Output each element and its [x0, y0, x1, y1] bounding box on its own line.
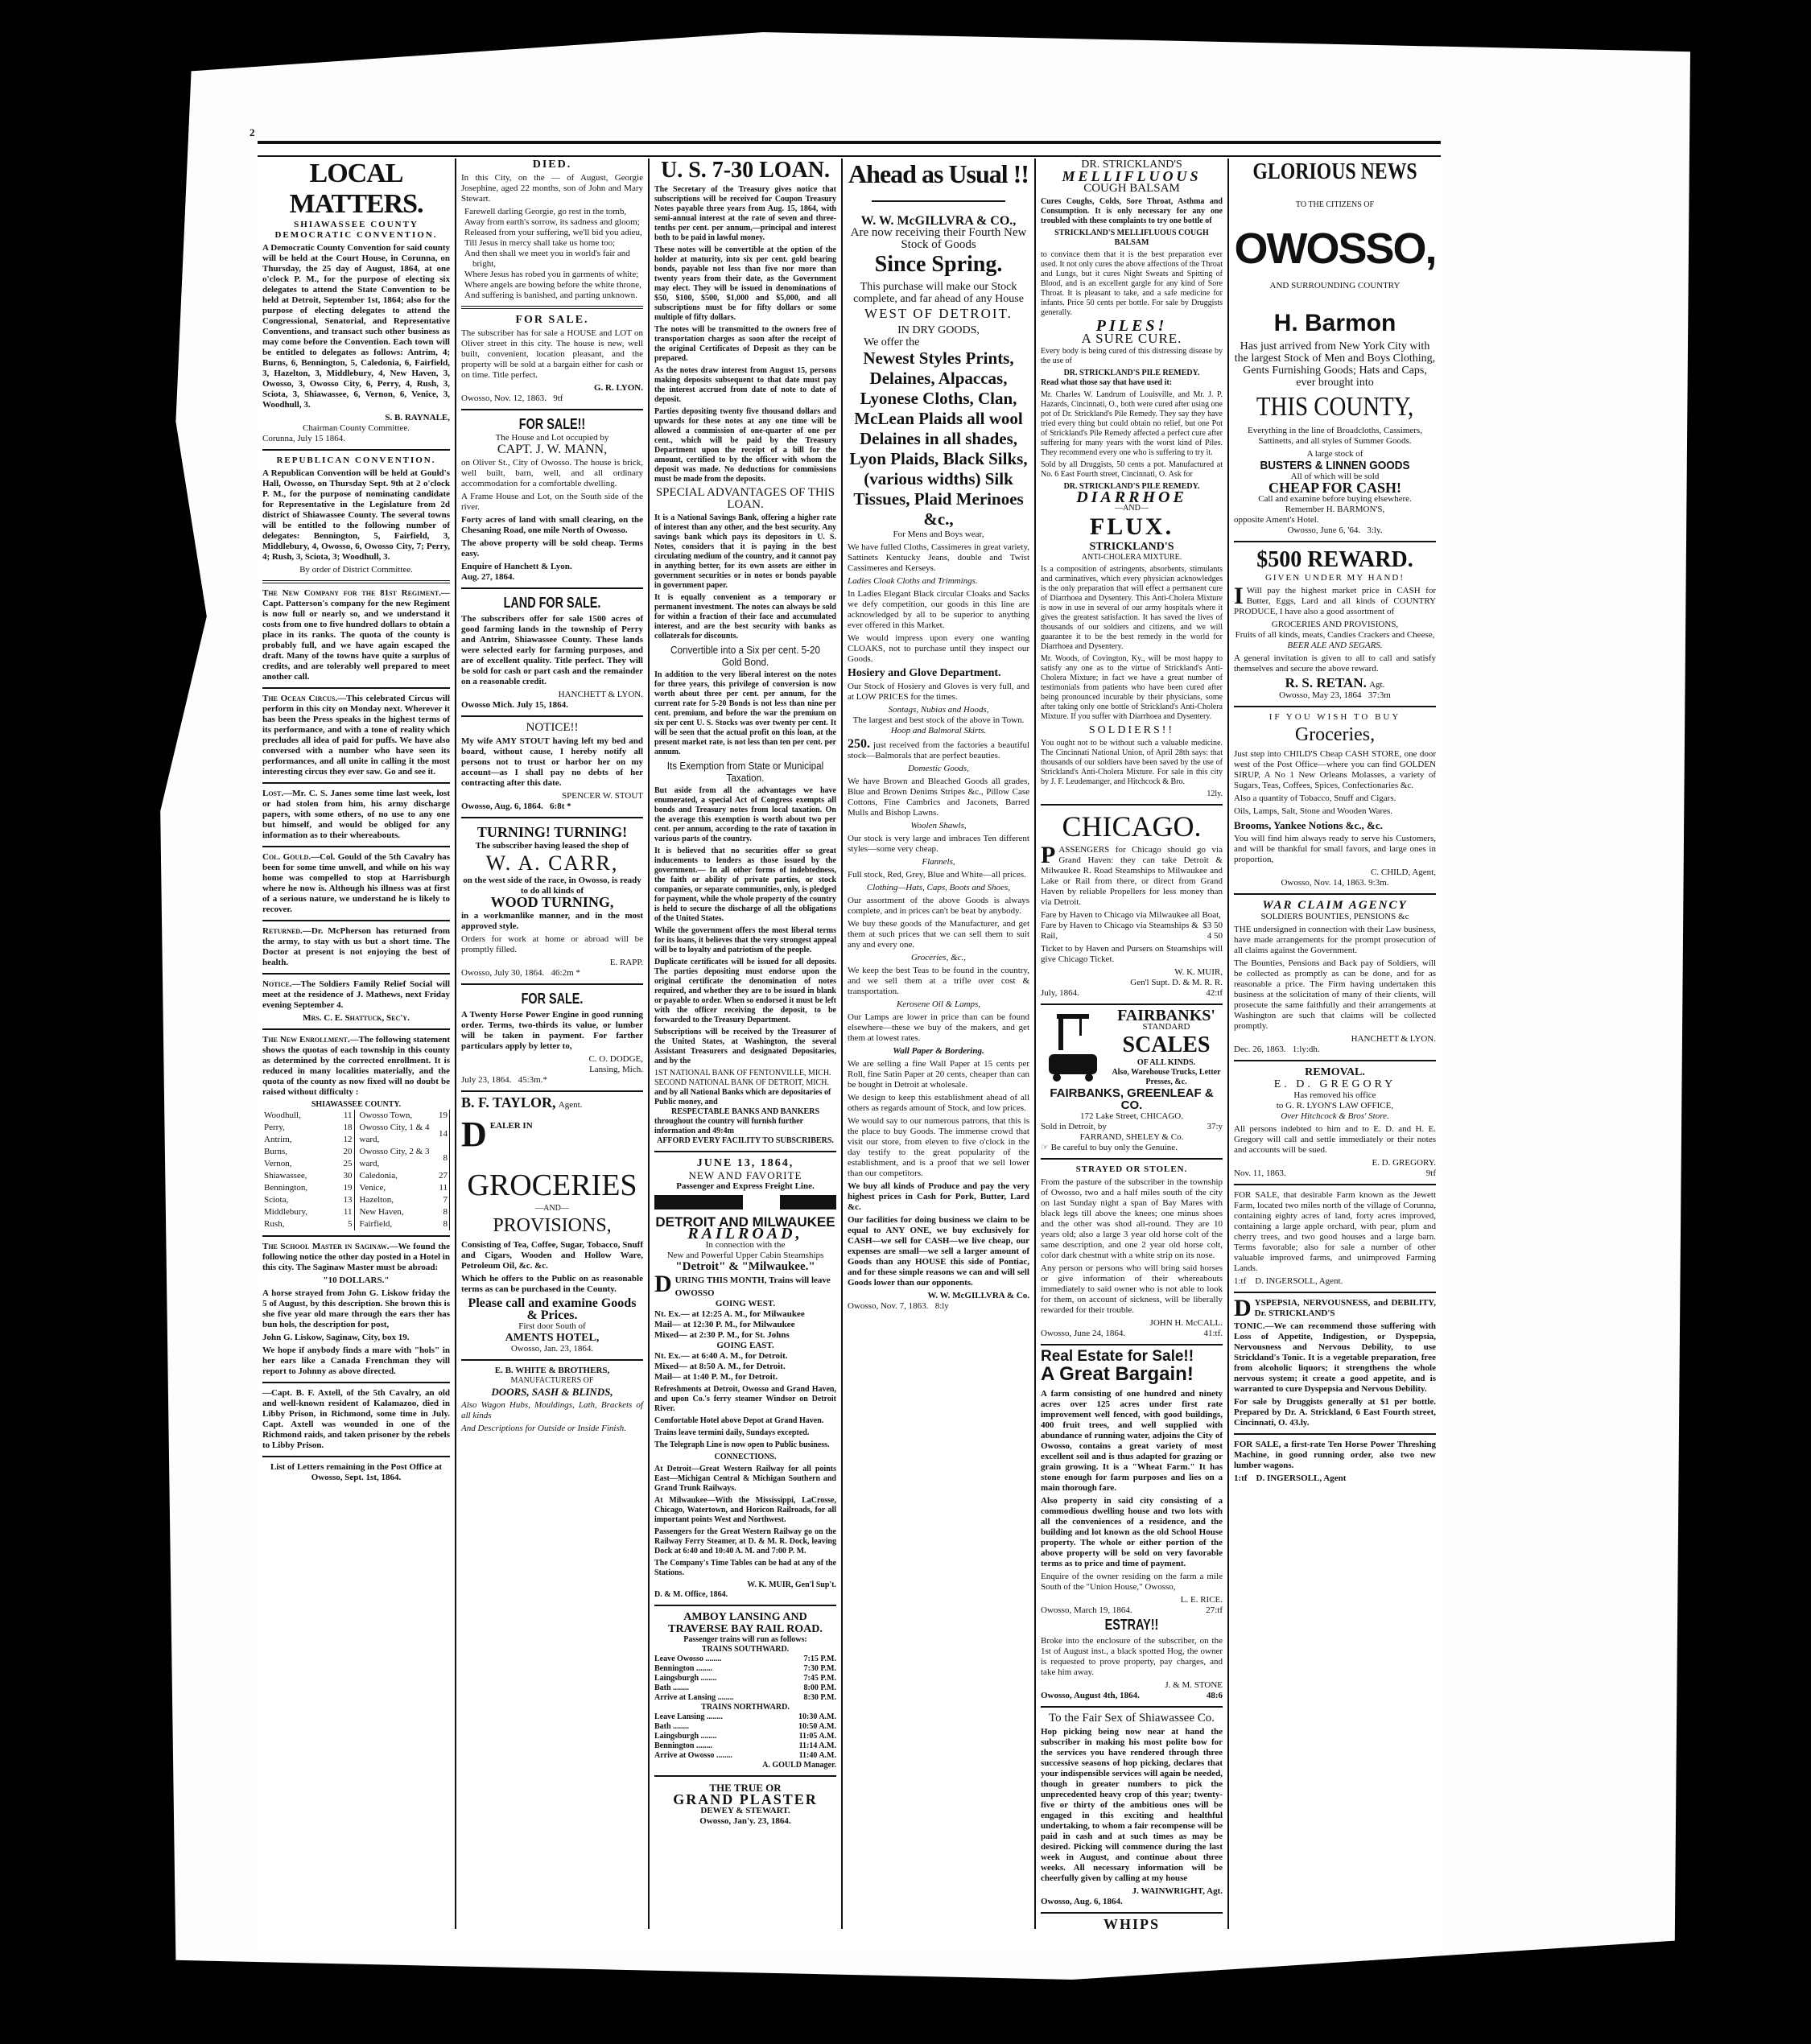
- land-signature: HANCHETT & LYON.: [461, 690, 643, 700]
- ad-code: 1:tf: [1234, 1473, 1248, 1483]
- pile-remedy-name: DR. STRICKLAND'S PILE REMEDY.: [1041, 369, 1223, 378]
- produce-text: We buy all kinds of Produce and pay the …: [848, 1181, 1029, 1213]
- ahead-as-usual-heading: Ahead as Usual !!: [848, 159, 1029, 189]
- trains-leave: Trains leave termini daily, Sundays exce…: [654, 1428, 836, 1438]
- groceries-heading: Groceries,: [1234, 723, 1436, 747]
- loan-paragraph: In addition to the very liberal interest…: [654, 670, 836, 757]
- amboy-north-table: Leave Lansing ........10:30 A.M.Bath ...…: [654, 1712, 836, 1761]
- ingersoll-signature: D. INGERSOLL, Agent: [1256, 1473, 1347, 1483]
- given-under-my-hand: GIVEN UNDER MY HAND!: [1234, 573, 1436, 583]
- for-sale-heading-2: FOR SALE!!: [480, 415, 625, 433]
- land-for-sale-heading: LAND FOR SALE.: [480, 594, 625, 612]
- quota-number: 11: [437, 1182, 450, 1194]
- gould-manager: A. GOULD Manager.: [654, 1761, 836, 1770]
- west-train-list: Nt. Ex.— at 12:25 A. M., for MilwaukeeMa…: [654, 1309, 836, 1341]
- quota-row: Middlebury,11: [262, 1206, 354, 1218]
- item-lead: Returned.: [262, 926, 303, 936]
- date: Dec. 26, 1863.: [1234, 1045, 1285, 1054]
- refreshments: Refreshments at Detroit, Owosso and Gran…: [654, 1385, 836, 1414]
- quota-number: 18: [335, 1122, 354, 1134]
- dealer-line: DEALER IN: [461, 1119, 643, 1131]
- divider: [262, 920, 450, 921]
- poem-line: Released from your suffering, we'll bid …: [461, 228, 643, 238]
- date: Owosso, Nov. 14, 1863.: [1281, 878, 1366, 888]
- real-estate-heading: Real Estate for Sale!!: [1041, 1350, 1223, 1362]
- ad-code: 49:4m: [712, 1127, 734, 1135]
- barmon-body: Has just arrived from New York City with…: [1234, 340, 1436, 389]
- flannels-body: Full stock, Red, Grey, Blue and White—al…: [848, 870, 1029, 880]
- strayed-body-2: Any person or persons who will bring sai…: [1041, 1263, 1223, 1316]
- taylor-role: Agent.: [559, 1100, 583, 1110]
- engine-for-sale-heading: FOR SALE.: [480, 990, 625, 1008]
- carr-name: W. A. CARR,: [461, 851, 643, 876]
- divider: [262, 782, 450, 784]
- quota-town: Perry,: [262, 1122, 335, 1134]
- column-mcgillvra-ad: Ahead as Usual !! W. W. McGILLVRA & CO.,…: [841, 159, 1034, 1929]
- quota-town: Owosso City, 2 & 3 ward,: [358, 1146, 438, 1170]
- poem-line: Farewell darling Georgie, go rest in the…: [461, 207, 643, 217]
- fare-label: Fare by Haven to Chicago via Milwaukee a…: [1041, 910, 1221, 920]
- hotel-date: Owosso, Jan. 23, 1864.: [461, 1344, 643, 1354]
- date: Owosso, July 30, 1864.: [461, 968, 544, 978]
- mcgillvra-firm: W. W. McGILLVRA & CO.,: [848, 215, 1029, 227]
- quota-town: Bennington,: [262, 1182, 335, 1194]
- going-east-heading: GOING EAST.: [654, 1341, 836, 1351]
- item-school-master: The School Master in Saginaw.—We found t…: [262, 1242, 450, 1273]
- notice-signature: SPENCER W. STOUT: [461, 791, 643, 802]
- dyspepsia-head-line: DYSPEPSIA, NERVOUSNESS, and DEBILITY, Dr…: [1234, 1298, 1436, 1319]
- quota-town: Caledonia,: [358, 1170, 438, 1182]
- everything-text: Everything in the line of Broadcloths, C…: [1234, 426, 1436, 447]
- ament-hotel: AMENTS HOTEL,: [461, 1332, 643, 1344]
- ad-code: 1:tf: [1234, 1276, 1246, 1286]
- shawls-body: Our stock is very large and imbraces Ten…: [848, 834, 1029, 855]
- fair-sex-heading: To the Fair Sex of Shiawassee Co.: [1041, 1712, 1223, 1725]
- hoop-body-line: 250. just received from the factories a …: [848, 739, 1029, 761]
- mens-body: We have fulled Cloths, Cassimeres in gre…: [848, 542, 1029, 574]
- column-loan-railroad: U. S. 7-30 LOAN. The Secretary of the Tr…: [648, 159, 841, 1929]
- strayed-heading: STRAYED OR STOLEN.: [1041, 1164, 1223, 1175]
- station: Laingsburgh ........: [654, 1732, 717, 1741]
- date: July 23, 1864.: [461, 1075, 511, 1085]
- white-desc: And Descriptions for Outside or Inside F…: [461, 1424, 643, 1434]
- for-sale-signature: G. R. LYON.: [461, 383, 643, 394]
- east-train-list: Nt. Ex.— at 6:40 A. M., for Detroit.Mixe…: [654, 1351, 836, 1383]
- divider: [1234, 1292, 1436, 1293]
- item-lead: The New Company for the 81st Regiment.: [262, 588, 441, 598]
- jewett-farm-sig: 1:tf D. INGERSOLL, Agent.: [1234, 1276, 1436, 1287]
- item-lead: Col. Gould.: [262, 852, 311, 862]
- quota-number: 20: [335, 1146, 354, 1158]
- sontags-heading: Sontags, Nubias and Hoods,: [848, 705, 1029, 715]
- timetable-row: Bath ........10:50 A.M.: [654, 1722, 836, 1732]
- drop-cap: P: [1041, 845, 1055, 866]
- column-owosso-ads: GLORIOUS NEWS TO THE CITIZENS OF OWOSSO,…: [1227, 159, 1441, 1929]
- amboy-heading: AMBOY LANSING AND TRAVERSE BAY RAIL ROAD…: [654, 1611, 836, 1635]
- quota-table-title: SHIAWASSEE COUNTY.: [262, 1100, 450, 1110]
- mann-date: Aug. 27, 1864.: [461, 572, 643, 583]
- item-new-company: The New Company for the 81st Regiment.—C…: [262, 588, 450, 682]
- cloaks-body: We would impress upon every one wanting …: [848, 633, 1029, 665]
- wood-turning-heading: WOOD TURNING,: [461, 896, 643, 909]
- quota-row: Fairfield,8: [358, 1218, 450, 1230]
- fruits-text: Fruits of all kinds, meats, Candies Crac…: [1234, 630, 1436, 641]
- muir-office: D. & M. Office, 1864.: [654, 1590, 836, 1600]
- divider: [262, 973, 450, 975]
- poem-line: Away from earth's sorrow, its sadness an…: [461, 217, 643, 228]
- first-door: First door South of: [461, 1321, 643, 1332]
- died-body: In this City, on the — of August, Georgi…: [461, 173, 643, 204]
- this-county-heading: THIS COUNTY,: [1249, 391, 1421, 423]
- quota-number: 19: [437, 1110, 450, 1122]
- chicago-dateline: July, 1864. 42:tf: [1041, 988, 1223, 999]
- divider: [262, 1028, 450, 1030]
- retan-role: Agt.: [1369, 680, 1384, 690]
- threshing-sig: 1:tf D. INGERSOLL, Agent: [1234, 1473, 1436, 1484]
- train-entry: Nt. Ex.— at 12:25 A. M., for Milwaukee: [654, 1309, 836, 1320]
- quota-town: Fairfield,: [358, 1218, 438, 1230]
- ladies-body: In Ladies Elegant Black circular Cloaks …: [848, 589, 1029, 631]
- ad-code: 42:tf: [1206, 988, 1223, 999]
- drop-cap: D: [461, 1119, 487, 1151]
- bank-detroit: SECOND NATIONAL BANK OF DETROIT, MICH.: [654, 1078, 836, 1088]
- quota-town: Shiawassee,: [262, 1170, 335, 1182]
- quota-row: Vernon,25: [262, 1158, 354, 1170]
- quota-number: 5: [335, 1218, 354, 1230]
- item-body: —Capt. Patterson's company for the new R…: [262, 588, 450, 682]
- fare-2: Fare by Haven to Chicago via Steamships …: [1041, 921, 1223, 942]
- quota-number: 12: [335, 1134, 354, 1146]
- war-dateline: Dec. 26, 1863. 1:ly:dh.: [1234, 1045, 1436, 1055]
- quota-row: Owosso Town,19: [358, 1110, 450, 1122]
- loan-paragraph: These notes will be convertible at the o…: [654, 245, 836, 323]
- removal-dateline: Nov. 11, 1863. 9tf: [1234, 1168, 1436, 1179]
- purchase-text: This purchase will make our Stock comple…: [848, 281, 1029, 305]
- quota-row: Rush,5: [262, 1218, 354, 1230]
- divider: [461, 817, 643, 818]
- quota-number: 11: [335, 1110, 354, 1122]
- groceries-heading: Groceries, &c.,: [848, 953, 1029, 963]
- wall-paper-body: We are selling a fine Wall Paper at 15 c…: [848, 1059, 1029, 1090]
- strayed-body: From the pasture of the subscriber in th…: [1041, 1177, 1223, 1261]
- quota-row: Sciota,13: [262, 1194, 354, 1206]
- cough-body-2: to convince them that it is the best pre…: [1041, 250, 1223, 318]
- item-lead: Lost.: [262, 789, 283, 798]
- dyspepsia-heading: YSPEPSIA, NERVOUSNESS, and DEBILITY, Dr.…: [1255, 1298, 1436, 1318]
- mann-name: CAPT. J. W. MANN,: [461, 443, 643, 455]
- barmon-heading: H. Barmon: [1234, 309, 1436, 338]
- drop-cap: D: [654, 1273, 672, 1296]
- ticket-note: Ticket to by Haven and Pursers on Steams…: [1041, 944, 1223, 965]
- offers-text: Which he offers to the Public on as reas…: [461, 1274, 643, 1295]
- divider: [1234, 541, 1436, 542]
- farm-body: A farm consisting of one hundred and nin…: [1041, 1389, 1223, 1494]
- mann-forty-acres: Forty acres of land with small clearing,…: [461, 515, 643, 536]
- train-entry: Mail— at 1:40 P. M., for Detroit.: [654, 1372, 836, 1383]
- time: 8:30 P.M.: [804, 1693, 836, 1703]
- child-body: Just step into CHILD'S Cheap CASH STORE,…: [1234, 749, 1436, 791]
- date: Owosso, Aug. 6, 1864.: [461, 802, 543, 811]
- loan-paragraph: But aside from all the advantages we hav…: [654, 786, 836, 844]
- ad-code: 27:tf: [1206, 1605, 1223, 1616]
- column-patent-medicines: DR. STRICKLAND'S MELLIFLUOUS COUGH BALSA…: [1034, 159, 1227, 1929]
- farm-body-2: Also property in said city consisting of…: [1041, 1496, 1223, 1569]
- provisions-heading: PROVISIONS,: [461, 1214, 643, 1238]
- stricklands-label: STRICKLAND'S: [1041, 541, 1223, 553]
- quota-town: Owosso Town,: [358, 1110, 438, 1122]
- train-entry: Nt. Ex.— at 6:40 A. M., for Detroit.: [654, 1351, 836, 1362]
- quota-town: Owosso City, 1 & 4 ward,: [358, 1122, 438, 1146]
- quota-number: 11: [335, 1206, 354, 1218]
- buy-text: We buy these goods of the Manufacturer, …: [848, 919, 1029, 950]
- column-local-matters: LOCAL MATTERS. SHIAWASSEE COUNTY DEMOCRA…: [258, 159, 455, 1929]
- white-brothers-heading: E. B. WHITE & BROTHERS,: [461, 1366, 643, 1376]
- railroad-new-favorite: NEW AND FAVORITE: [654, 1169, 836, 1181]
- quota-row: Antrim,12: [262, 1134, 354, 1146]
- ad-code: 8:ly: [935, 1301, 949, 1311]
- quota-town: Woodhull,: [262, 1110, 335, 1122]
- train-entry: Mixed— at 2:30 P. M., for St. Johns: [654, 1330, 836, 1341]
- railroad-line: Passenger and Express Freight Line.: [654, 1181, 836, 1192]
- exemption-heading: Its Exemption from State or Municipal Ta…: [663, 760, 827, 784]
- quota-number: 30: [335, 1170, 354, 1182]
- divider: [461, 1090, 643, 1092]
- during-text: URING THIS MONTH, Trains will leave OWOS…: [675, 1275, 831, 1298]
- ad-code: 12ly.: [1041, 789, 1223, 799]
- divider: [654, 1775, 836, 1777]
- consisting-of: Consisting of Tea, Coffee, Sugar, Tobacc…: [461, 1240, 643, 1271]
- ad-code: 1:ly:dh.: [1293, 1045, 1320, 1054]
- turning-orders: Orders for work at home or abroad will b…: [461, 934, 643, 955]
- railroad-connection: In connection with the: [654, 1240, 836, 1251]
- careful-note: ☞ Be careful to buy only the Genuine.: [1041, 1143, 1223, 1153]
- turning-heading: TURNING! TURNING!: [461, 823, 643, 841]
- mann-frame-house: A Frame House and Lot, on the South side…: [461, 492, 643, 513]
- died-heading: DIED.: [461, 159, 643, 171]
- quota-number: 8: [437, 1218, 450, 1230]
- quota-number: 27: [437, 1170, 450, 1182]
- fare-1: Fare by Haven to Chicago via Milwaukee a…: [1041, 910, 1223, 921]
- timetables-note: The Company's Time Tables can be had at …: [654, 1559, 836, 1578]
- loan-paragraph: It is believed that no securities offer …: [654, 847, 836, 924]
- quota-row: Caledonia,27: [358, 1170, 450, 1182]
- divider: [654, 1605, 836, 1606]
- hoop-body: just received from the factories a beaut…: [848, 740, 1029, 760]
- divider: [1041, 1912, 1223, 1914]
- anticholera-label: ANTI-CHOLERA MIXTURE.: [1041, 553, 1223, 563]
- notice-body: My wife AMY STOUT having left my bed and…: [461, 736, 643, 789]
- quota-number: 8: [437, 1146, 450, 1170]
- quota-town: Middlebury,: [262, 1206, 335, 1218]
- quota-row: Owosso City, 2 & 3 ward,8: [358, 1146, 450, 1170]
- timetable-row: Leave Owosso ........7:15 P.M.: [654, 1655, 836, 1664]
- timetable-row: Laingsburgh ........11:05 A.M.: [654, 1732, 836, 1741]
- plaster-title: GRAND PLASTER: [654, 1794, 836, 1806]
- retan-name: R. S. RETAN.: [1285, 675, 1367, 690]
- engine-location: Lansing, Mich.: [461, 1065, 643, 1075]
- tobacco-text: Also a quantity of Tobacco, Snuff and Ci…: [1234, 793, 1436, 804]
- station: Bath ........: [654, 1722, 689, 1732]
- notice-signature: Mrs. C. E. Shattuck, Sec'y.: [262, 1013, 450, 1024]
- cough-body: Cures Coughs, Colds, Sore Throat, Asthma…: [1041, 197, 1223, 226]
- divider: [262, 687, 450, 689]
- amboy-intro: Passenger trains will run as follows:: [654, 1635, 836, 1645]
- ad-code: 6:8t *: [550, 802, 571, 811]
- west-of-detroit: WEST OF DETROIT.: [848, 307, 1029, 319]
- groceries-body: We keep the best Teas to be found in the…: [848, 966, 1029, 997]
- child-signature: C. CHILD, Agent,: [1234, 867, 1436, 878]
- connections-milwaukee: At Milwaukee—With the Mississippi, LaCro…: [654, 1496, 836, 1525]
- loan-paragraph: Parties depositing twenty five thousand …: [654, 407, 836, 484]
- time: 11:05 A.M.: [799, 1732, 836, 1741]
- opposite-hotel: opposite Ament's Hotel.: [1234, 515, 1436, 525]
- soldiers-heading: SOLDIERS!!: [1041, 724, 1223, 736]
- please-call: Please call and examine Goods & Prices.: [461, 1297, 643, 1321]
- station: Bath ........: [654, 1683, 689, 1693]
- time: 11:40 A.M.: [799, 1751, 836, 1761]
- quota-town: Vernon,: [262, 1158, 335, 1170]
- school-notice-after: We hope if anybody finds a mare with "ho…: [262, 1345, 450, 1377]
- divider: [262, 1456, 450, 1457]
- amboy-south-heading: TRAINS SOUTHWARD.: [654, 1645, 836, 1655]
- going-west-heading: GOING WEST.: [654, 1299, 836, 1309]
- divider: [1234, 1184, 1436, 1185]
- letters-list-head: List of Letters remaining in the Post Of…: [262, 1462, 450, 1483]
- item-ocean-circus: The Ocean Circus.—This celebrated Circus…: [262, 694, 450, 777]
- drop-cap: I: [1234, 586, 1244, 607]
- white-also: Also Wagon Hubs, Mouldings, Lath, Bracke…: [461, 1400, 643, 1421]
- date: Owosso, March 19, 1864.: [1041, 1605, 1132, 1615]
- poem-line: Till Jesus in mercy shall take us home t…: [461, 238, 643, 249]
- item-lead: The Ocean Circus.: [262, 694, 337, 703]
- fair-sex-date: Owosso, Aug. 6, 1864.: [1041, 1897, 1223, 1907]
- special-advantages-heading: SPECIAL ADVANTAGES OF THIS LOAN.: [654, 487, 836, 511]
- divider: [1234, 893, 1436, 895]
- time: 7:30 P.M.: [804, 1664, 836, 1674]
- divider: [461, 306, 643, 309]
- clothing-heading: Clothing—Hats, Caps, Boots and Shoes,: [848, 883, 1029, 893]
- station: Arrive at Owosso ........: [654, 1751, 732, 1761]
- flux-heading: FLUX.: [1041, 513, 1223, 541]
- loan-paragraph: While the government offers the most lib…: [654, 926, 836, 955]
- telegraph: The Telegraph Line is now open to Public…: [654, 1440, 836, 1450]
- quota-row: Perry,18: [262, 1122, 354, 1134]
- piles-sold: Sold by all Druggists, 50 cents a pot. M…: [1041, 460, 1223, 480]
- divider: [1041, 1158, 1223, 1160]
- retan-line: R. S. RETAN. Agt.: [1234, 677, 1436, 690]
- groceries-provisions: GROCERIES AND PROVISIONS,: [1234, 620, 1436, 630]
- connections-detroit: At Detroit—Great Western Railway for all…: [654, 1465, 836, 1494]
- since-spring: Since Spring.: [848, 251, 1029, 278]
- divider: [262, 449, 450, 451]
- farrand-sheley: FARRAND, SHELEY & Co.: [1041, 1132, 1223, 1143]
- wish-to-buy: IF YOU WISH TO BUY: [1234, 712, 1436, 723]
- item-lead: The School Master in Saginaw.: [262, 1242, 389, 1251]
- reward-body: Will pay the highest market price in CAS…: [1234, 586, 1436, 616]
- date: Owosso, June 6, '64.: [1287, 525, 1360, 535]
- ingersoll-signature: D. INGERSOLL, Agent.: [1255, 1276, 1343, 1286]
- quota-number: 8: [437, 1206, 450, 1218]
- dealer-label: EALER IN: [490, 1121, 533, 1131]
- war-claim-body: THE undersigned in connection with their…: [1234, 925, 1436, 956]
- item-body: —Mr. C. S. Janes some time last week, lo…: [262, 789, 450, 840]
- amboy-north-heading: TRAINS NORTHWARD.: [654, 1703, 836, 1712]
- and-separator: —AND—: [461, 1204, 643, 1214]
- design-text: We design to keep this establishment ahe…: [848, 1093, 1029, 1114]
- connections-heading: CONNECTIONS.: [654, 1453, 836, 1462]
- rep-convention-body: A Republican Convention will be held at …: [262, 468, 450, 563]
- respectable-banks: RESPECTABLE BANKS AND BANKERS: [654, 1107, 836, 1117]
- loan-paragraph: It is equally convenient as a temporary …: [654, 593, 836, 641]
- invitation-text: A general invitation is given to all to …: [1234, 653, 1436, 674]
- dem-signature-title: Chairman County Committee.: [262, 423, 450, 434]
- brooms-heading: Brooms, Yankee Notions &c., &c.: [1234, 819, 1436, 831]
- date: Nov. 11, 1863.: [1234, 1168, 1286, 1178]
- item-axtell: —Capt. B. F. Axtell, of the 5th Cavalry,…: [262, 1388, 450, 1451]
- timetable-row: Arrive at Lansing ........8:30 P.M.: [654, 1693, 836, 1703]
- engine-body: A Twenty Horse Power Engine in good runn…: [461, 1010, 643, 1052]
- throughout-line: throughout the country will furnish furt…: [654, 1117, 836, 1136]
- reward-body-line: IWill pay the highest market price in CA…: [1234, 586, 1436, 617]
- diarrhoe-heading: DIARRHOE: [1041, 492, 1223, 504]
- mann-body: on Oliver St., City of Owosso. The house…: [461, 458, 643, 489]
- kerosene-body: Our Lamps are lower in price than can be…: [848, 1012, 1029, 1044]
- divider: [1234, 1433, 1436, 1435]
- quota-number: 13: [335, 1194, 354, 1206]
- patrons-text: We would say to our numerous patrons, th…: [848, 1116, 1029, 1179]
- remember-barmon: Remember H. BARMON'S,: [1234, 505, 1436, 515]
- soldiers-body: You ought not to be without such a valua…: [1041, 739, 1223, 787]
- engine-signature: C. O. DODGE,: [461, 1054, 643, 1065]
- piles-testimonial: Mr. Charles W. Landrum of Louisville, an…: [1041, 390, 1223, 458]
- land-date: Owosso Mich. July 15, 1864.: [461, 700, 643, 711]
- for-sale-heading: FOR SALE.: [461, 314, 643, 326]
- beer-ale-segars: BEER ALE AND SEGARS.: [1234, 641, 1436, 651]
- fairbanks-ad: FAIRBANKS' STANDARD SCALES OF ALL KINDS.…: [1041, 1010, 1223, 1153]
- dyspepsia-sale: For sale by Druggists generally at $1 pe…: [1234, 1397, 1436, 1428]
- item-notice: Notice.—The Soldiers Family Relief Socia…: [262, 979, 450, 1011]
- divider: [872, 200, 1005, 202]
- hotel-note: Comfortable Hotel above Depot at Grand H…: [654, 1416, 836, 1426]
- quota-town: Hazelton,: [358, 1194, 438, 1206]
- land-body: The subscribers offer for sale 1500 acre…: [461, 614, 643, 687]
- school-notice-head: "10 DOLLARS.": [262, 1275, 450, 1286]
- dem-date: Corunna, July 15 1864.: [262, 434, 450, 444]
- quota-row: Woodhull,11: [262, 1110, 354, 1122]
- divider: [1234, 1060, 1436, 1061]
- poem-line: And then shall we meet you in world's fa…: [461, 249, 643, 270]
- railroad-date: JUNE 13, 1864,: [654, 1157, 836, 1169]
- quota-number: 19: [335, 1182, 354, 1194]
- manufacturers-of: MANUFACTURERS OF: [461, 1376, 643, 1386]
- quota-number: 7: [437, 1194, 450, 1206]
- and-separator: —AND—: [1041, 504, 1223, 513]
- quota-row: Shiawassee,30: [262, 1170, 354, 1182]
- ad-code: 9tf: [1426, 1168, 1436, 1179]
- estray-signature: J. & M. STONE: [1041, 1680, 1223, 1691]
- ad-code: 3:ly.: [1367, 525, 1382, 535]
- school-notice-body: A horse strayed from John G. Liskow frid…: [262, 1288, 450, 1330]
- divider: [262, 1382, 450, 1383]
- wall-paper-heading: Wall Paper & Bordering.: [848, 1046, 1029, 1057]
- estray-heading: ESTRAY!!: [1059, 1616, 1205, 1634]
- time: 7:45 P.M.: [804, 1674, 836, 1683]
- cheap-for-cash-heading: CHEAP FOR CASH!: [1234, 482, 1436, 494]
- loan-heading: U. S. 7-30 LOAN.: [654, 159, 836, 183]
- school-notice-signature: John G. Liskow, Saginaw, City, box 19.: [262, 1333, 450, 1343]
- quota-town: Rush,: [262, 1218, 335, 1230]
- quota-number: 25: [335, 1158, 354, 1170]
